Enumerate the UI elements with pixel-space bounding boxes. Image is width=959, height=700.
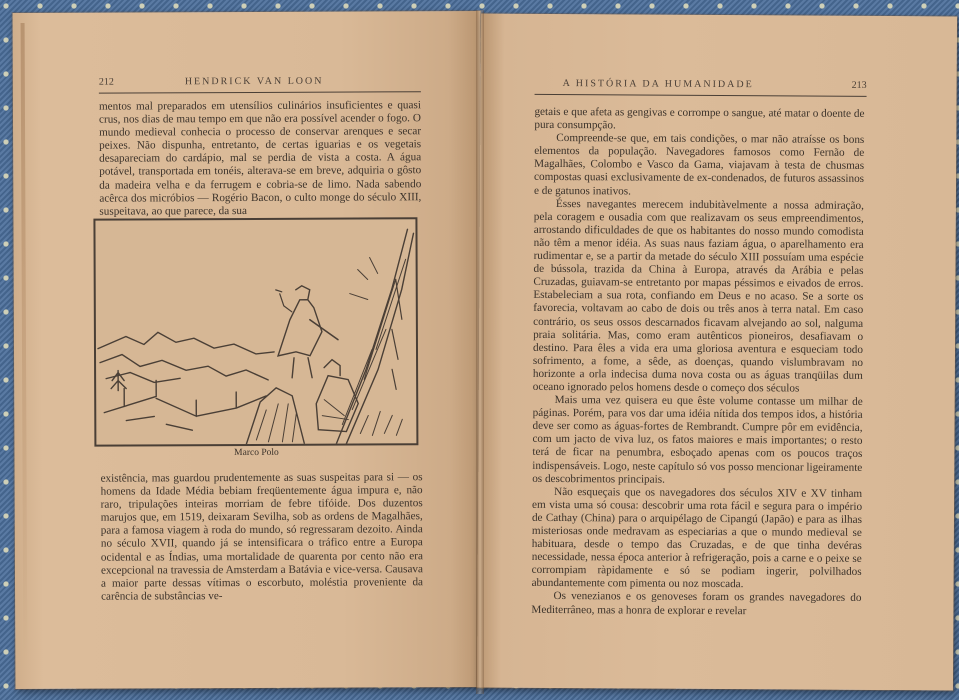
- woodcut-image: [95, 219, 416, 444]
- paragraph: Não esqueçais que os navegadores dos séc…: [532, 486, 863, 593]
- left-folio: 212: [99, 77, 114, 88]
- figure-caption: Marco Polo: [94, 447, 418, 458]
- left-page: 212 HENDRICK VAN LOON mentos mal prepara…: [13, 11, 484, 689]
- paragraph: Compreende-se que, em tais condições, o …: [534, 132, 864, 199]
- book-gutter: [476, 10, 484, 694]
- paragraph: Mais uma vez quisera eu que êste volume …: [532, 394, 863, 488]
- paragraph: existência, mas guardou prudentemente as…: [101, 471, 424, 603]
- left-running-head: 212 HENDRICK VAN LOON: [99, 75, 421, 93]
- right-page: A HISTÓRIA DA HUMANIDADE 213 getais e qu…: [477, 14, 957, 691]
- right-running-head: A HISTÓRIA DA HUMANIDADE 213: [535, 78, 867, 97]
- right-running-title: A HISTÓRIA DA HUMANIDADE: [563, 78, 754, 90]
- left-running-title: HENDRICK VAN LOON: [185, 76, 324, 88]
- paragraph: mentos mal preparados em utensílios culi…: [99, 99, 422, 218]
- paragraph: Ésses navegantes merecem indubitàvelment…: [533, 198, 864, 396]
- right-folio: 213: [852, 80, 867, 91]
- marco-polo-illustration: [93, 217, 418, 446]
- left-body-text-top: mentos mal preparados em utensílios culi…: [99, 99, 422, 218]
- right-body-text: getais e que afeta as gengivas e corromp…: [531, 106, 864, 619]
- page-stain: [21, 23, 28, 663]
- paragraph: Os venezianos e os genoveses foram os gr…: [531, 590, 861, 618]
- left-body-text-bottom: existência, mas guardou prudentemente as…: [101, 471, 424, 603]
- paragraph: getais e que afeta as gengivas e corromp…: [534, 106, 864, 134]
